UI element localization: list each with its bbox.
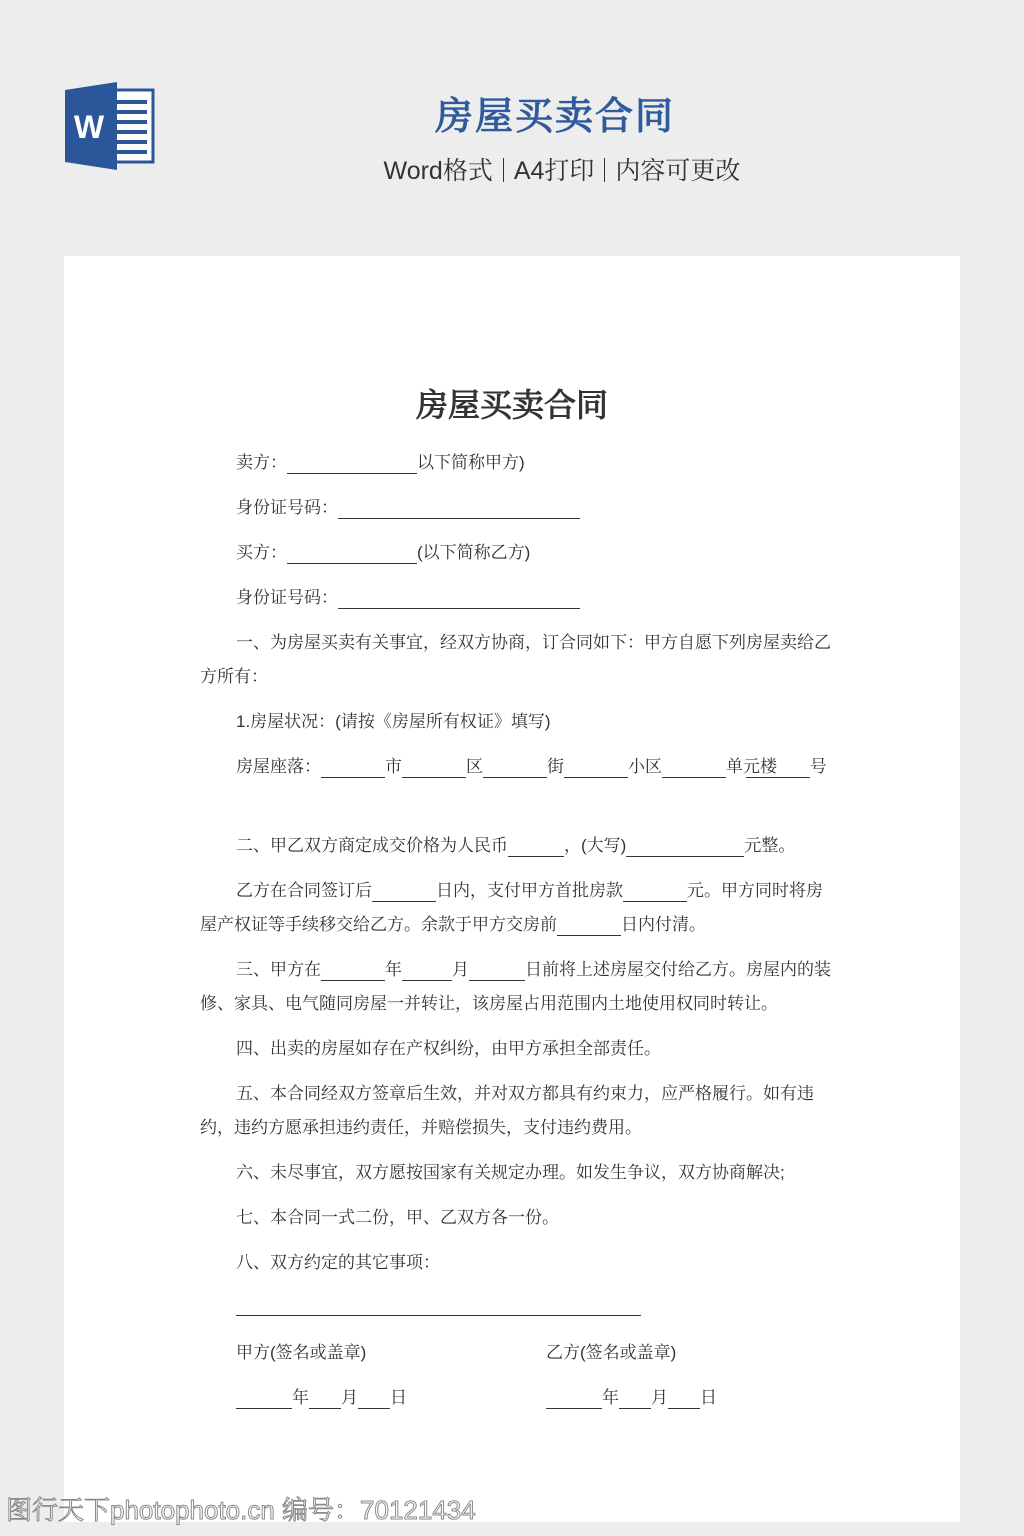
- header-title: 房屋买卖合同: [0, 92, 1024, 142]
- payment-terms: 乙方在合同签订后日内，支付甲方首批房款元。甲方同时将房屋产权证等手续移交给乙方。…: [200, 874, 832, 942]
- seller-id-line: 身份证号码：: [200, 491, 832, 525]
- header-subtitle: Word格式A4打印内容可更改: [0, 154, 1024, 188]
- clause-4: 四、出卖的房屋如存在产权纠纷，由甲方承担全部责任。: [200, 1032, 832, 1066]
- community-field[interactable]: [564, 755, 628, 778]
- party-a-year-field[interactable]: [236, 1386, 292, 1409]
- signature-dates: 年月日 年月日: [236, 1381, 836, 1415]
- delivery-day-field[interactable]: [469, 958, 525, 981]
- first-payment-amount-field[interactable]: [623, 879, 687, 902]
- buyer-line: 买方：(以下简称乙方): [200, 536, 832, 570]
- clause-1: 一、为房屋买卖有关事宜，经双方协商，订合同如下：甲方自愿下列房屋卖给乙方所有：: [200, 626, 832, 694]
- party-b-signature-label: 乙方(签名或盖章): [546, 1336, 676, 1370]
- party-b-year-field[interactable]: [546, 1386, 602, 1409]
- other-terms-field[interactable]: [236, 1314, 641, 1316]
- building-field[interactable]: [662, 755, 726, 778]
- clause-1-1: 1.房屋状况：(请按《房屋所有权证》填写): [200, 705, 832, 739]
- party-a-month-field[interactable]: [309, 1386, 341, 1409]
- buyer-id-field[interactable]: [338, 586, 580, 609]
- subtitle-editable: 内容可更改: [615, 157, 740, 185]
- clause-3: 三、甲方在年月日前将上述房屋交付给乙方。房屋内的装修、家具、电气随同房屋一并转让…: [200, 953, 832, 1021]
- subtitle-print: A4打印: [514, 157, 595, 185]
- delivery-year-field[interactable]: [321, 958, 385, 981]
- delivery-month-field[interactable]: [402, 958, 452, 981]
- clause-5: 五、本合同经双方签章后生效，并对双方都具有约束力，应严格履行。如有违约，违约方愿…: [200, 1077, 832, 1145]
- street-field[interactable]: [483, 755, 547, 778]
- signature-labels: 甲方(签名或盖章) 乙方(签名或盖章): [236, 1336, 836, 1370]
- divider: [604, 158, 605, 182]
- district-field[interactable]: [402, 755, 466, 778]
- clause-7: 七、本合同一式二份，甲、乙双方各一份。: [200, 1201, 832, 1235]
- buyer-name-field[interactable]: [287, 541, 417, 564]
- divider: [503, 158, 504, 182]
- party-b-month-field[interactable]: [619, 1386, 651, 1409]
- seller-line: 卖方：以下简称甲方): [200, 446, 832, 480]
- first-payment-days-field[interactable]: [372, 879, 436, 902]
- party-b-date: 年月日: [546, 1381, 717, 1415]
- price-uppercase-field[interactable]: [626, 834, 744, 857]
- subtitle-format: Word格式: [384, 157, 493, 185]
- seller-id-field[interactable]: [338, 496, 580, 519]
- city-field[interactable]: [321, 755, 385, 778]
- party-a-date: 年月日: [236, 1381, 407, 1415]
- clause-2: 二、甲乙双方商定成交价格为人民币，(大写)元整。: [200, 829, 832, 863]
- balance-days-field[interactable]: [557, 913, 621, 936]
- party-a-day-field[interactable]: [358, 1386, 390, 1409]
- clause-8: 八、双方约定的其它事项：: [200, 1246, 832, 1280]
- buyer-id-line: 身份证号码：: [200, 581, 832, 615]
- party-b-day-field[interactable]: [668, 1386, 700, 1409]
- document-title: 房屋买卖合同: [64, 382, 960, 428]
- watermark: 图行天下photophoto.cn 编号：70121434: [6, 1494, 476, 1526]
- clause-6: 六、未尽事宜，双方愿按国家有关规定办理。如发生争议，双方协商解决;: [200, 1156, 832, 1190]
- party-a-signature-label: 甲方(签名或盖章): [236, 1336, 366, 1370]
- location-line: 房屋座落：市区街小区单元楼 号: [200, 750, 832, 784]
- price-field[interactable]: [508, 834, 564, 857]
- seller-name-field[interactable]: [287, 451, 417, 474]
- document-page: 房屋买卖合同 卖方：以下简称甲方) 身份证号码： 买方：(以下简称乙方) 身份证…: [64, 256, 960, 1522]
- number-field[interactable]: [746, 755, 810, 778]
